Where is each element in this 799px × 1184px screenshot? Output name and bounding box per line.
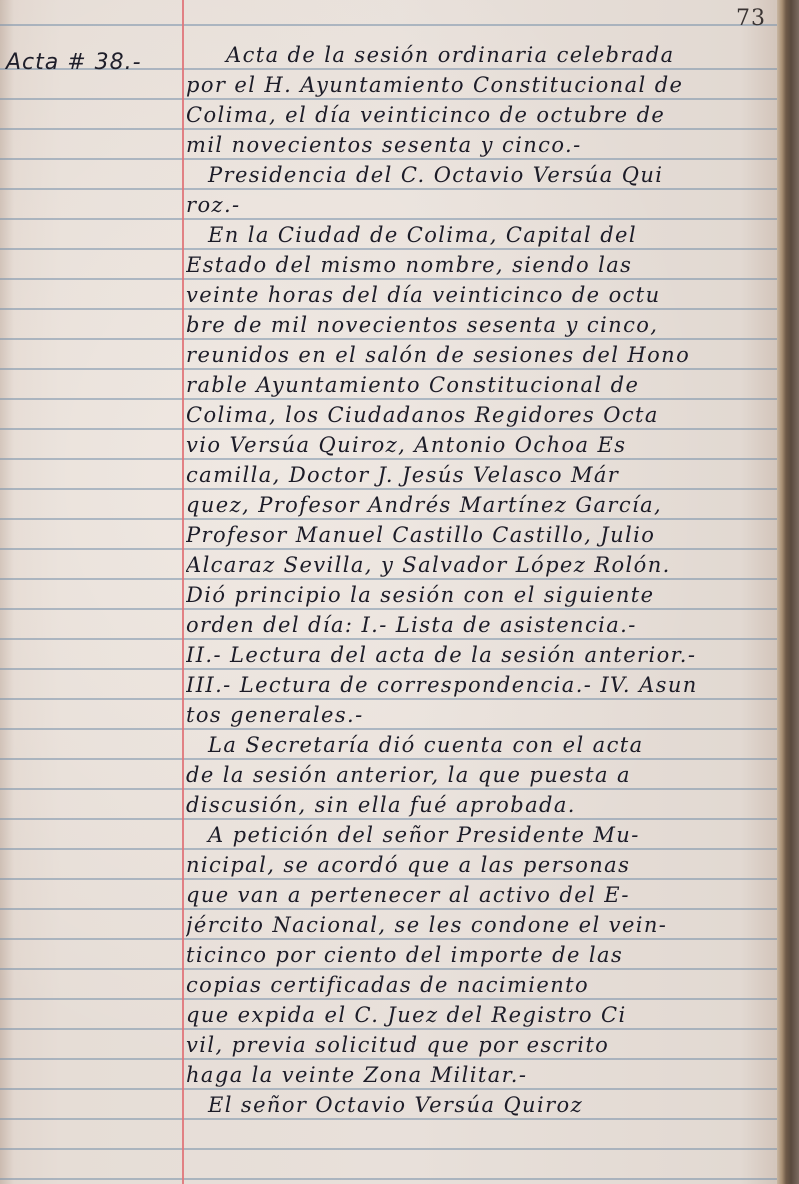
text-line: Colima, el día veinticinco de octubre de: [186, 100, 771, 130]
ledger-page: 73 Acta # 38.- Acta de la sesión ordinar…: [0, 0, 799, 1184]
red-margin-line: [182, 0, 184, 1184]
book-binding-edge: [777, 0, 799, 1184]
text-line: discusión, sin ella fué aprobada.: [186, 790, 771, 820]
text-line: Estado del mismo nombre, siendo las: [186, 250, 771, 280]
text-line: bre de mil novecientos sesenta y cinco,: [186, 310, 771, 340]
text-line: vio Versúa Quiroz, Antonio Ochoa Es: [186, 430, 771, 460]
text-line: Profesor Manuel Castillo Castillo, Julio: [186, 520, 771, 550]
handwritten-body: Acta de la sesión ordinaria celebrada po…: [186, 40, 771, 1120]
text-line: II.- Lectura del acta de la sesión anter…: [186, 640, 771, 670]
page-number: 73: [736, 6, 766, 31]
acta-margin-label: Acta # 38.-: [6, 50, 142, 75]
text-line: rable Ayuntamiento Constitucional de: [186, 370, 771, 400]
text-line: La Secretaría dió cuenta con el acta: [186, 730, 771, 760]
text-line: reunidos en el salón de sesiones del Hon…: [186, 340, 771, 370]
text-line: de la sesión anterior, la que puesta a: [186, 760, 771, 790]
text-line: roz.-: [186, 190, 771, 220]
text-line: nicipal, se acordó que a las personas: [186, 850, 771, 880]
text-line: jército Nacional, se les condone el vein…: [186, 910, 771, 940]
text-line: veinte horas del día veinticinco de octu: [186, 280, 771, 310]
text-line: mil novecientos sesenta y cinco.-: [186, 130, 771, 160]
text-line: haga la veinte Zona Militar.-: [186, 1060, 771, 1090]
text-line: Dió principio la sesión con el siguiente: [186, 580, 771, 610]
text-line: orden del día: I.- Lista de asistencia.-: [186, 610, 771, 640]
text-line: tos generales.-: [186, 700, 771, 730]
text-line: vil, previa solicitud que por escrito: [186, 1030, 771, 1060]
text-line: que expida el C. Juez del Registro Ci: [186, 1000, 771, 1030]
text-line: ticinco por ciento del importe de las: [186, 940, 771, 970]
text-line: quez, Profesor Andrés Martínez García,: [186, 490, 771, 520]
text-line: copias certificadas de nacimiento: [186, 970, 771, 1000]
text-line: camilla, Doctor J. Jesús Velasco Már: [186, 460, 771, 490]
text-line: A petición del señor Presidente Mu-: [186, 820, 771, 850]
text-line: En la Ciudad de Colima, Capital del: [186, 220, 771, 250]
text-line: El señor Octavio Versúa Quiroz: [186, 1090, 771, 1120]
text-line: Acta de la sesión ordinaria celebrada: [186, 40, 771, 70]
text-line: que van a pertenecer al activo del E-: [186, 880, 771, 910]
text-line: III.- Lectura de correspondencia.- IV. A…: [186, 670, 771, 700]
text-line: Alcaraz Sevilla, y Salvador López Rolón.: [186, 550, 771, 580]
text-line: por el H. Ayuntamiento Constitucional de: [186, 70, 771, 100]
text-line: Colima, los Ciudadanos Regidores Octa: [186, 400, 771, 430]
text-line: Presidencia del C. Octavio Versúa Qui: [186, 160, 771, 190]
